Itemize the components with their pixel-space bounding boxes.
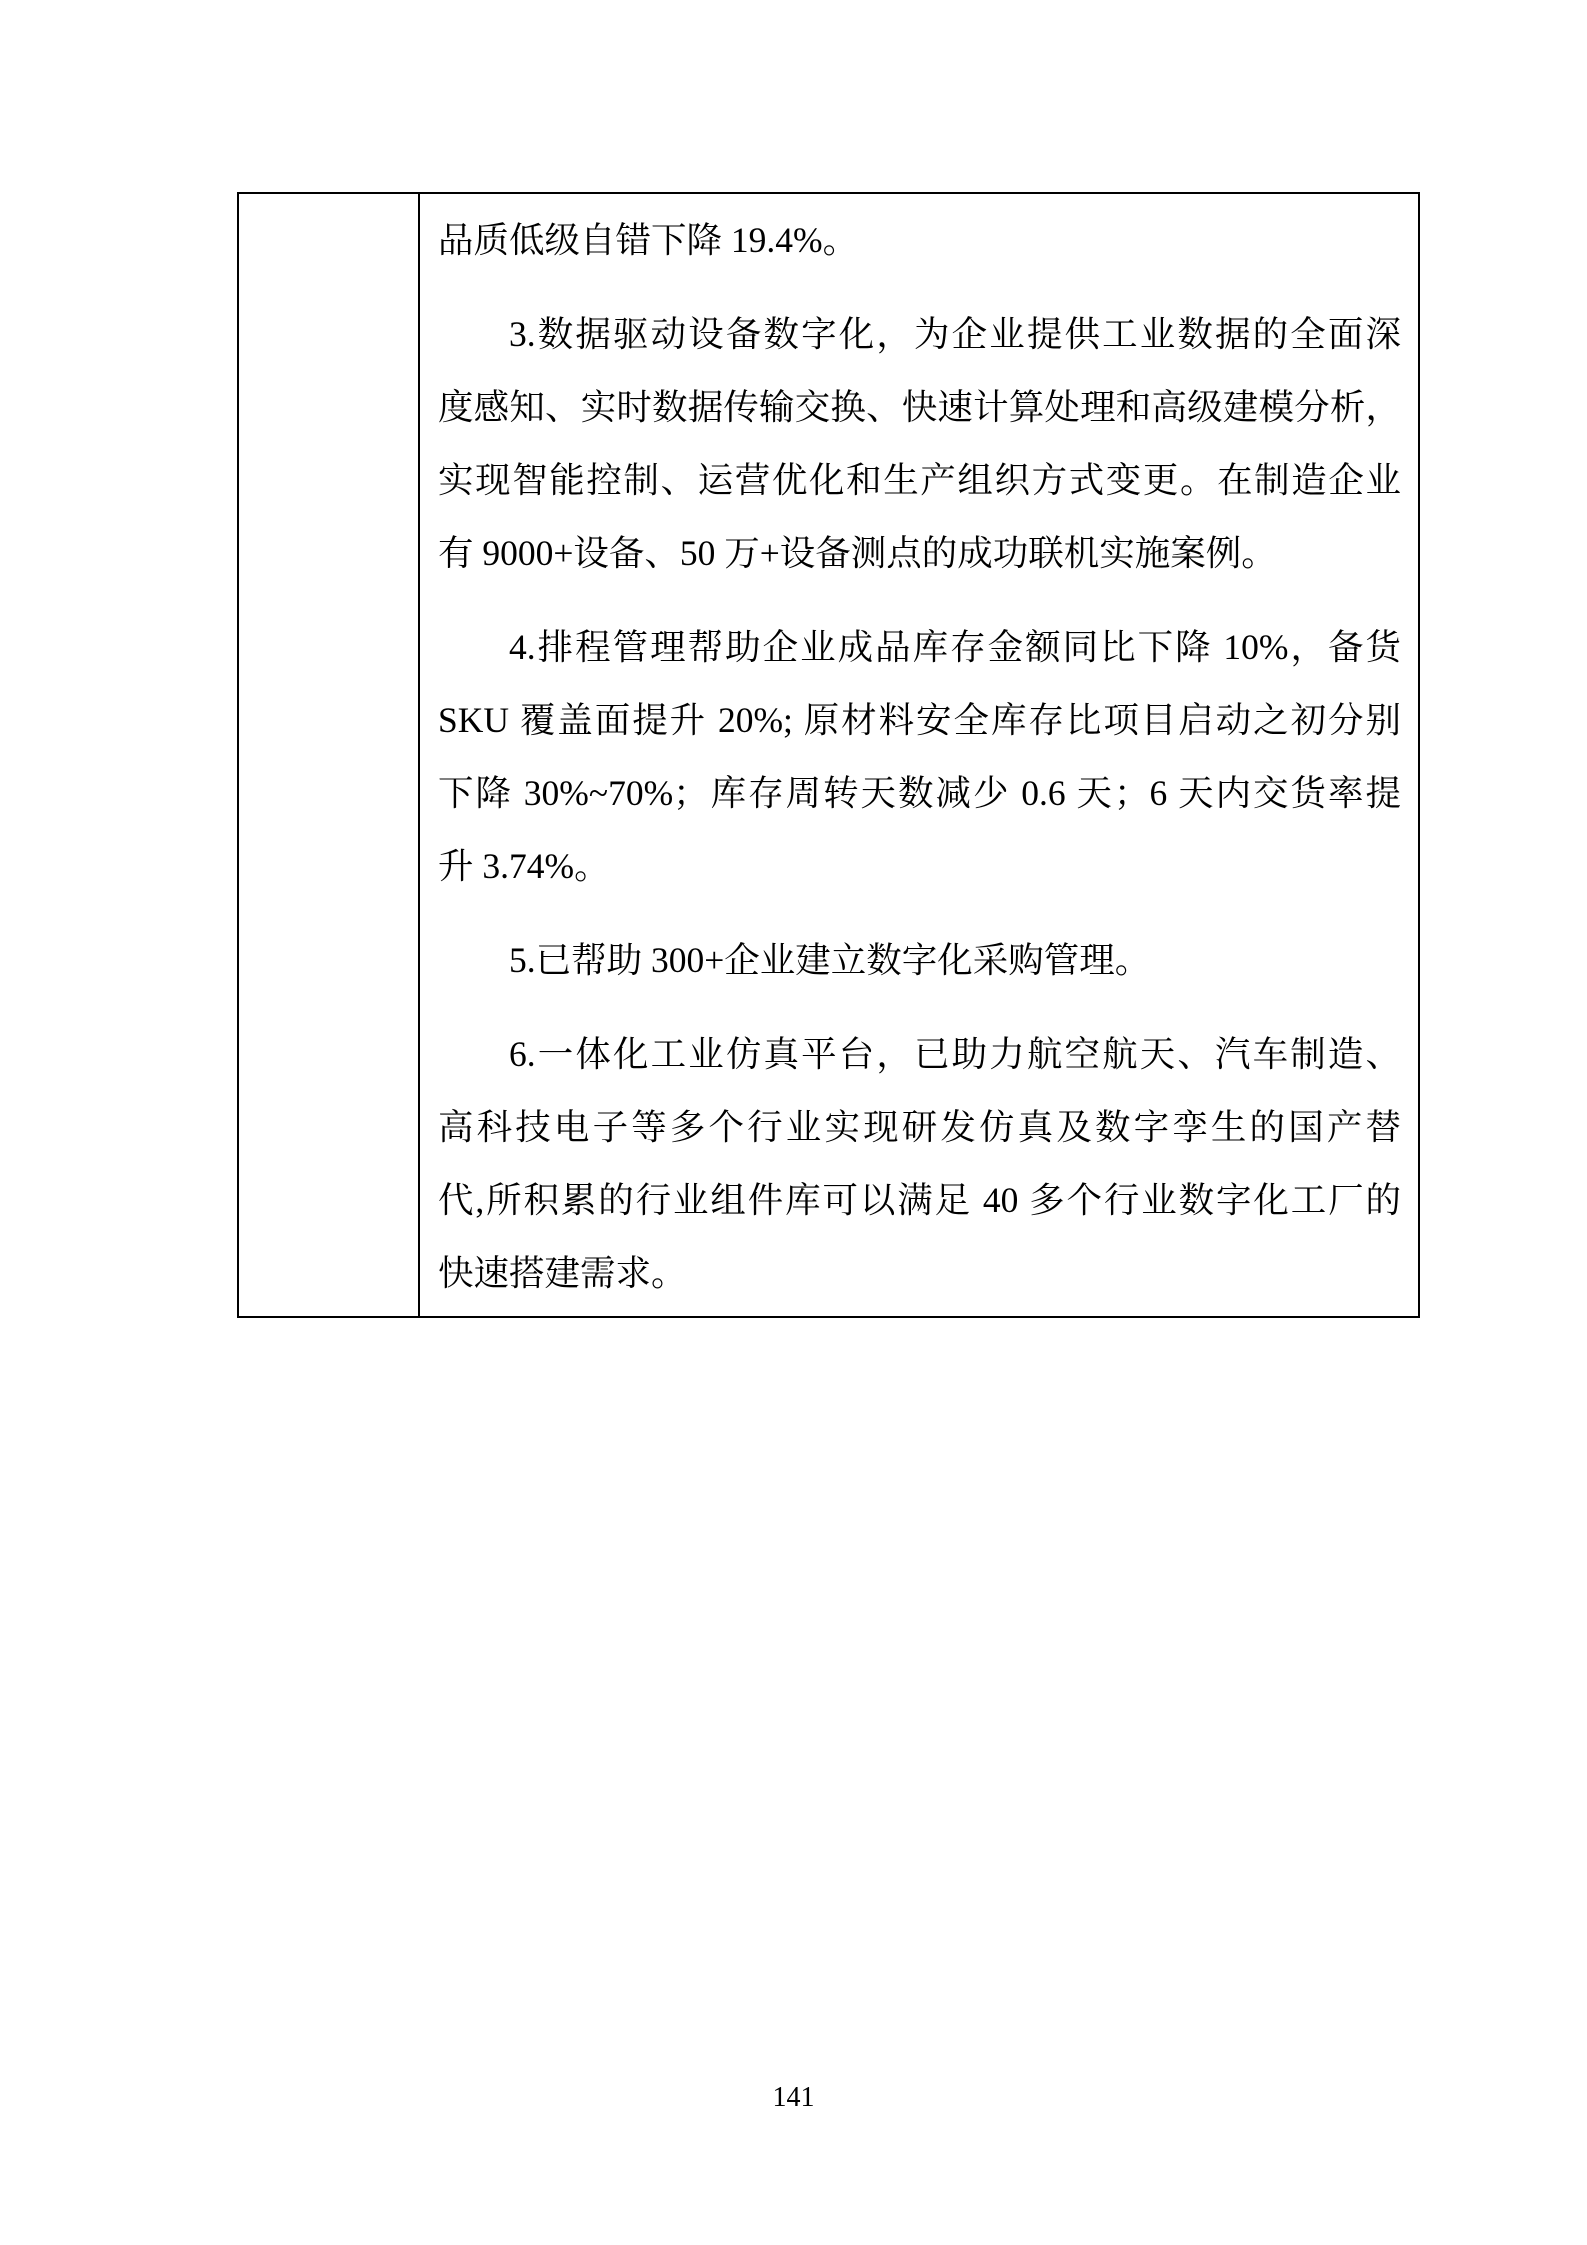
text-line: 有 9000+设备、50 万+设备测点的成功联机实施案例。 <box>438 517 1401 590</box>
table-fragment: 品质低级自错下降 19.4%。 3.数据驱动设备数字化，为企业提供工业数据的全面… <box>237 192 1420 1318</box>
paragraph-item-3: 3.数据驱动设备数字化，为企业提供工业数据的全面深 度感知、实时数据传输交换、快… <box>438 298 1401 590</box>
text-line: 升 3.74%。 <box>438 830 1401 903</box>
text-line: 快速搭建需求。 <box>438 1237 1401 1310</box>
text-line: 度感知、实时数据传输交换、快速计算处理和高级建模分析， <box>438 371 1401 444</box>
table-left-cell <box>239 194 420 1316</box>
text-line: 下降 30%~70%；库存周转天数减少 0.6 天；6 天内交货率提 <box>438 757 1401 830</box>
text-line: 4.排程管理帮助企业成品库存金额同比下降 10%，备货 <box>438 611 1401 684</box>
page-number: 141 <box>0 2081 1587 2115</box>
text-line: 代,所积累的行业组件库可以满足 40 多个行业数字化工厂的 <box>438 1164 1401 1237</box>
document-page: 品质低级自错下降 19.4%。 3.数据驱动设备数字化，为企业提供工业数据的全面… <box>0 0 1587 2245</box>
text-line: SKU 覆盖面提升 20%; 原材料安全库存比项目启动之初分别 <box>438 684 1401 757</box>
text-line: 高科技电子等多个行业实现研发仿真及数字孪生的国产替 <box>438 1091 1401 1164</box>
paragraph-item-5: 5.已帮助 300+企业建立数字化采购管理。 <box>438 924 1401 997</box>
table-content-cell: 品质低级自错下降 19.4%。 3.数据驱动设备数字化，为企业提供工业数据的全面… <box>420 194 1418 1316</box>
text-line: 6.一体化工业仿真平台，已助力航空航天、汽车制造、 <box>438 1018 1401 1091</box>
text-line: 实现智能控制、运营优化和生产组织方式变更。在制造企业 <box>438 444 1401 517</box>
text-line: 5.已帮助 300+企业建立数字化采购管理。 <box>438 924 1401 997</box>
text-line: 品质低级自错下降 19.4%。 <box>438 204 1401 277</box>
text-line: 3.数据驱动设备数字化，为企业提供工业数据的全面深 <box>438 298 1401 371</box>
paragraph-item-4: 4.排程管理帮助企业成品库存金额同比下降 10%，备货 SKU 覆盖面提升 20… <box>438 611 1401 903</box>
paragraph-item-6: 6.一体化工业仿真平台，已助力航空航天、汽车制造、 高科技电子等多个行业实现研发… <box>438 1018 1401 1310</box>
paragraph-continuation: 品质低级自错下降 19.4%。 <box>438 204 1401 277</box>
